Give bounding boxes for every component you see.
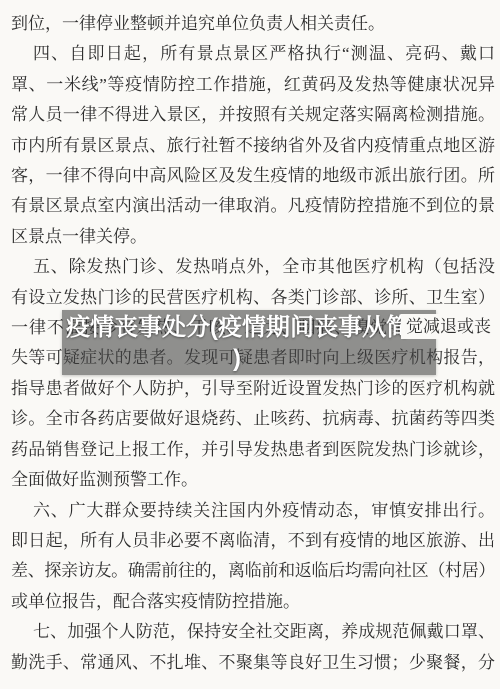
document-line: 诊。全市各药店要做好退烧药、止咳药、抗病毒、抗菌药等四类 [11, 404, 495, 434]
watermark-title-line2: ) [66, 343, 408, 374]
document-line: 有设立发热门诊的民营医疗机构、各类门诊部、诊所、卫生室） [11, 283, 495, 313]
document-line: 差、探亲访友。确需前往的，离临前和返临后均需向社区（村居） [11, 556, 495, 586]
document-line: 勤洗手、常通风、不扎堆、不聚集等良好卫生习惯；少聚餐，分 [11, 648, 495, 678]
watermark-title-line1: 疫情丧事处分(疫情期间丧事从简 [66, 312, 408, 343]
document-line: 全面做好监测预警工作。 [11, 465, 495, 495]
document-line: 客，一律不得向中高风险区及发生疫情的地级市派出旅行团。所 [11, 161, 495, 191]
document-line: 即日起，所有人员非必要不离临清，不到有疫情的地区旅游、出 [11, 526, 495, 556]
watermark-banner: 疫情丧事处分(疫情期间丧事从简 ) [62, 310, 436, 375]
document-line: 六、广大群众要持续关注国内外疫情动态，审慎安排出行。 [11, 496, 495, 526]
document-line: 药品销售登记上报工作，并引导发热患者到医院发热门诊就诊， [11, 435, 495, 465]
document-page: 到位，一律停业整顿并追究单位负责人相关责任。四、自即日起，所有景点景区严格执行“… [0, 0, 500, 689]
document-line: 罩、一米线”等疫情防控工作措施，红黄码及发热等健康状况异 [11, 70, 495, 100]
document-line: 到位，一律停业整顿并追究单位负责人相关责任。 [11, 9, 495, 39]
document-line: 七、加强个人防范，保持安全社交距离，养成规范佩戴口罩、 [11, 617, 495, 647]
document-line: 四、自即日起，所有景点景区严格执行“测温、亮码、戴口 [11, 39, 495, 69]
document-line: 市内所有景区景点、旅行社暂不接纳省外及省内疫情重点地区游 [11, 131, 495, 161]
document-line: 五、除发热门诊、发热哨点外，全市其他医疗机构（包括没 [11, 252, 495, 282]
document-line: 指导患者做好个人防护，引导至附近设置发热门诊的医疗机构就 [11, 374, 495, 404]
document-text-patch: 觉减退或丧 [401, 314, 500, 339]
document-line: 区景点一律关停。 [11, 222, 495, 252]
document-line: 有景区景点室内演出活动一律取消。凡疫情防控措施不到位的景 [11, 191, 495, 221]
patch-text: 觉减退或丧 [406, 317, 491, 336]
document-line: 常人员一律不得进入景区，并按照有关规定落实隔离检测措施。 [11, 100, 495, 130]
document-line: 或单位报告，配合落实疫情防控措施。 [11, 587, 495, 617]
